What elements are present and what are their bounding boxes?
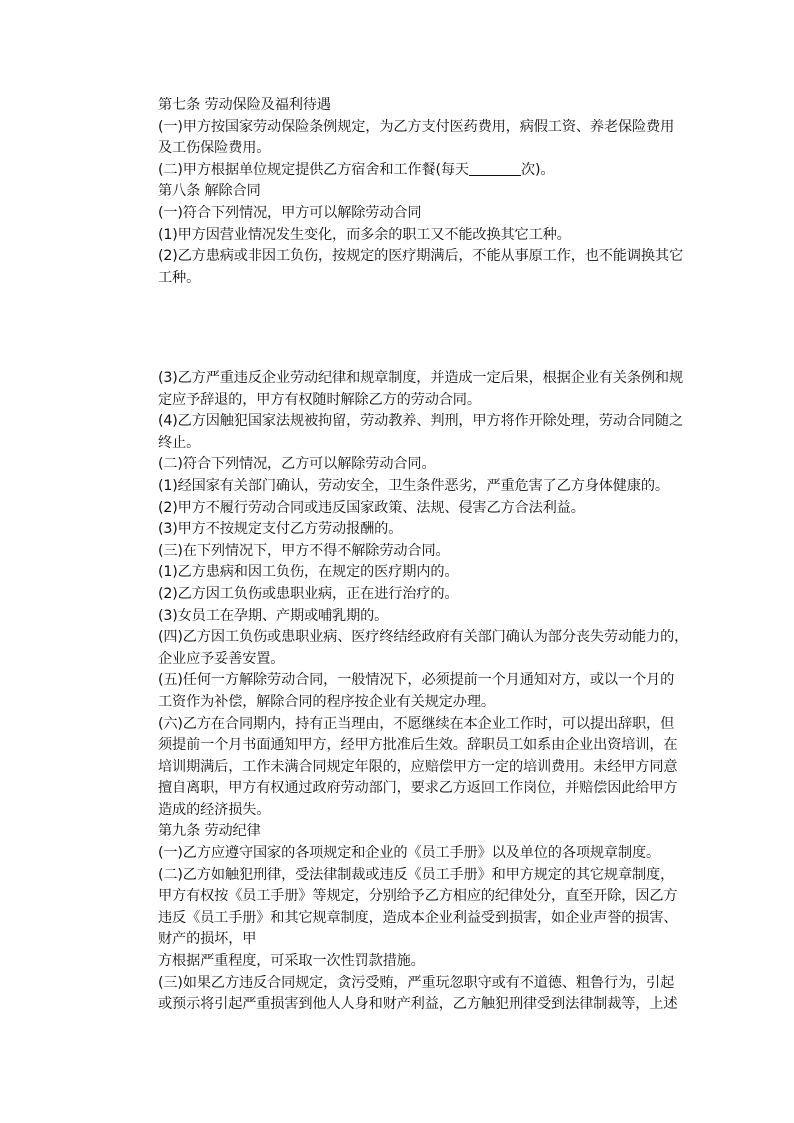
paragraph-line: 及工伤保险费用。 — [158, 138, 678, 160]
paragraph-line: (1)经国家有关部门确认，劳动安全，卫生条件恶劣，严重危害了乙方身体健康的。 — [158, 476, 678, 498]
meal-clause-suffix: 次)。 — [521, 162, 554, 178]
paragraph-line: (1)乙方患病和因工负伤，在规定的医疗期内的。 — [158, 562, 678, 584]
meal-clause-text: (二)甲方根据单位规定提供乙方宿舍和工作餐(每天 — [158, 162, 469, 178]
paragraph-line: 方根据严重程度，可采取一次性罚款措施。 — [158, 951, 678, 973]
paragraph-line: (一)符合下列情况，甲方可以解除劳动合同 — [158, 203, 678, 225]
paragraph-line: (2)甲方不履行劳动合同或违反国家政策、法规、侵害乙方合法利益。 — [158, 498, 678, 520]
contract-section-continued: (3)乙方严重违反企业劳动纪律和规章制度，并造成一定后果，根据企业有关条例和规 … — [158, 368, 678, 1016]
article-7-heading: 第七条 劳动保险及福利待遇 — [158, 95, 678, 117]
paragraph-line: (3)乙方严重违反企业劳动纪律和规章制度，并造成一定后果，根据企业有关条例和规 — [158, 368, 678, 390]
paragraph-line: (五)任何一方解除劳动合同，一般情况下，必须提前一个月通知对方，或以一个月的 — [158, 670, 678, 692]
paragraph-line: 擅自离职，甲方有权通过政府劳动部门，要求乙方返回工作岗位，并赔偿因此给甲方 — [158, 778, 678, 800]
paragraph-line: (三)在下列情况下，甲方不得不解除劳动合同。 — [158, 541, 678, 563]
paragraph-line: (四)乙方因工负伤或患职业病、医疗终结经政府有关部门确认为部分丧失劳动能力的， — [158, 627, 678, 649]
article-9-heading: 第九条 劳动纪律 — [158, 821, 678, 843]
paragraph-line: 工资作为补偿，解除合同的程序按企业有关规定办理。 — [158, 692, 678, 714]
paragraph-line: (1)甲方因营业情况发生变化，而多余的职工又不能改换其它工种。 — [158, 225, 678, 247]
article-8-heading: 第八条 解除合同 — [158, 181, 678, 203]
paragraph-line: (三)如果乙方违反合同规定，贪污受贿，严重玩忽职守或有不道德、粗鲁行为，引起 — [158, 973, 678, 995]
paragraph-line: 终止。 — [158, 433, 678, 455]
paragraph-line: (一)甲方按国家劳动保险条例规定，为乙方支付医药费用，病假工资、养老保险费用 — [158, 117, 678, 139]
paragraph-line: (3)甲方不按规定支付乙方劳动报酬的。 — [158, 519, 678, 541]
paragraph-line: 造成的经济损失。 — [158, 800, 678, 822]
paragraph-line: (2)乙方患病或非因工负伤，按规定的医疗期满后，不能从事原工作，也不能调换其它 — [158, 246, 678, 268]
paragraph-line: 须提前一个月书面通知甲方，经甲方批准后生效。辞职员工如系由企业出资培训，在 — [158, 735, 678, 757]
paragraph-line: (3)女员工在孕期、产期或哺乳期的。 — [158, 606, 678, 628]
paragraph-line: (一)乙方应遵守国家的各项规定和企业的《员工手册》以及单位的各项规章制度。 — [158, 843, 678, 865]
paragraph-line: (4)乙方因触犯国家法规被拘留，劳动教养、判刑，甲方将作开除处理，劳动合同随之 — [158, 411, 678, 433]
paragraph-line: 或预示将引起严重损害到他人人身和财产利益，乙方触犯刑律受到法律制裁等，上述 — [158, 994, 678, 1016]
paragraph-line: (二)乙方如触犯刑律，受法律制裁或违反《员工手册》和甲方规定的其它规章制度， — [158, 865, 678, 887]
paragraph-line: (六)乙方在合同期内，持有正当理由，不愿继续在本企业工作时，可以提出辞职，但 — [158, 714, 678, 736]
meal-clause-line: (二)甲方根据单位规定提供乙方宿舍和工作餐(每天次)。 — [158, 160, 678, 182]
paragraph-line: 甲方有权按《员工手册》等规定，分别给予乙方相应的纪律处分，直至开除，因乙方 — [158, 886, 678, 908]
paragraph-line: (2)乙方因工负伤或患职业病，正在进行治疗的。 — [158, 584, 678, 606]
paragraph-line: 培训期满后，工作未满合同规定年限的，应赔偿甲方一定的培训费用。未经甲方同意 — [158, 757, 678, 779]
paragraph-line: 企业应予妥善安置。 — [158, 649, 678, 671]
paragraph-line: (二)符合下列情况，乙方可以解除劳动合同。 — [158, 454, 678, 476]
paragraph-line: 定应予辞退的，甲方有权随时解除乙方的劳动合同。 — [158, 390, 678, 412]
paragraph-line: 违反《员工手册》和其它规章制度，造成本企业利益受到损害，如企业声誉的损害、 — [158, 908, 678, 930]
paragraph-line: 工种。 — [158, 268, 678, 290]
meals-per-day-blank — [469, 161, 521, 176]
contract-section-article-7-8: 第七条 劳动保险及福利待遇 (一)甲方按国家劳动保险条例规定，为乙方支付医药费用… — [158, 95, 678, 289]
document-page: 第七条 劳动保险及福利待遇 (一)甲方按国家劳动保险条例规定，为乙方支付医药费用… — [0, 0, 794, 1123]
paragraph-line: 财产的损坏，甲 — [158, 929, 678, 951]
